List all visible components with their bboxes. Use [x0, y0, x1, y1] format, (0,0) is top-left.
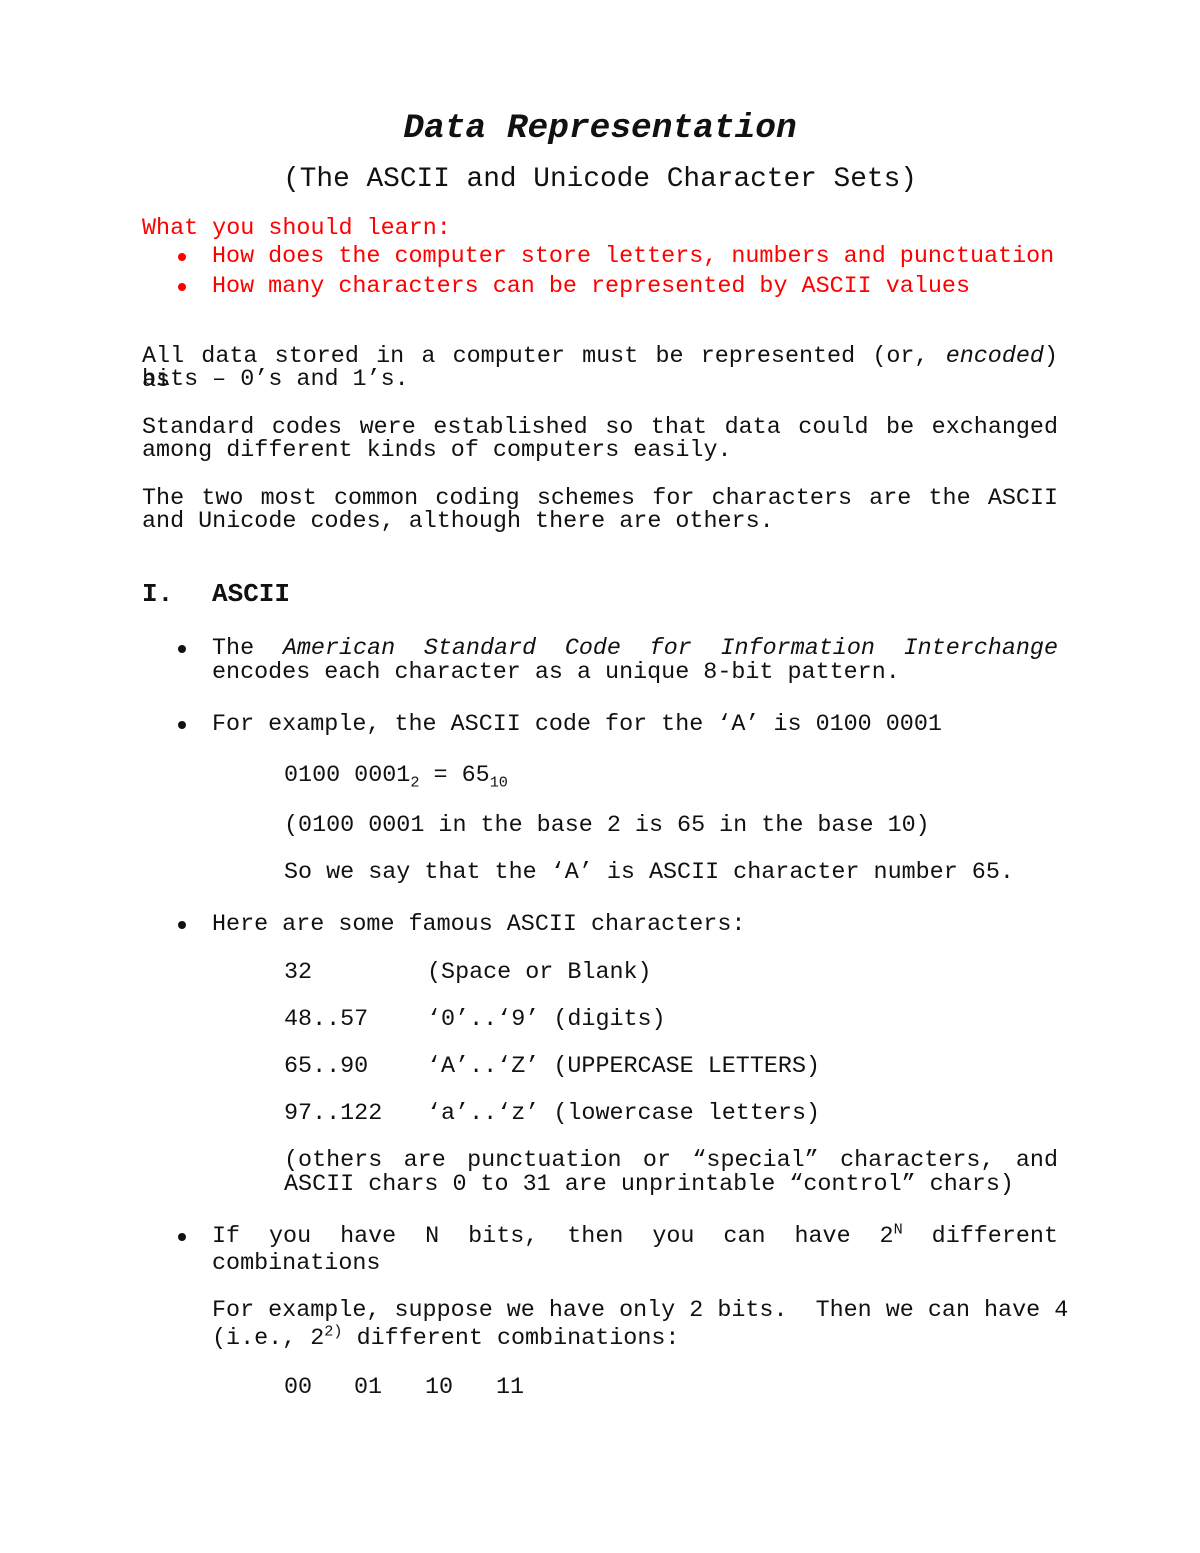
emphasis: American Standard Code for Information I… [283, 636, 1058, 662]
bullet-icon [178, 921, 186, 929]
combination-value: 11 [496, 1376, 524, 1400]
objectives-label: What you should learn: [142, 217, 451, 241]
bullet-icon [178, 253, 186, 261]
ascii-table-code: 32 [284, 961, 312, 985]
ascii-table-desc: ‘a’..‘z’ (lowercase letters) [427, 1102, 820, 1126]
page-subtitle: (The ASCII and Unicode Character Sets) [0, 165, 1200, 195]
objective-item: How does the computer store letters, num… [212, 245, 1054, 269]
combinations-rule-line-1: If you have N bits, then you can have 2N… [212, 1225, 1058, 1249]
bullet-icon [178, 1233, 186, 1241]
ascii-note-line-1: (others are punctuation or “special” cha… [284, 1149, 1058, 1173]
ascii-table-code: 65..90 [284, 1055, 368, 1079]
combinations-example-line-2: (i.e., 22) different combinations: [212, 1327, 679, 1351]
section-number: I. [142, 580, 173, 608]
objective-item: How many characters can be represented b… [212, 275, 970, 299]
ascii-note-line-2: ASCII chars 0 to 31 are unprintable “con… [284, 1173, 1014, 1197]
ascii-table-desc: ‘A’..‘Z’ (UPPERCASE LETTERS) [427, 1055, 820, 1079]
emphasis: encoded [946, 344, 1044, 370]
conversion-conclusion: So we say that the ‘A’ is ASCII characte… [284, 861, 1014, 885]
ascii-definition-line-1: The American Standard Code for Informati… [212, 637, 1058, 661]
conversion-equation: 0100 00012 = 6510 [284, 764, 508, 788]
combination-value: 00 [284, 1376, 312, 1400]
ascii-table-desc: (Space or Blank) [427, 961, 652, 985]
ascii-example-text: For example, the ASCII code for the ‘A’ … [212, 713, 942, 737]
famous-chars-intro: Here are some famous ASCII characters: [212, 913, 745, 937]
combinations-rule-line-2: combinations [212, 1252, 380, 1276]
bullet-icon [178, 721, 186, 729]
ascii-table-code: 48..57 [284, 1008, 368, 1032]
combination-value: 01 [354, 1376, 382, 1400]
bullet-icon [178, 283, 186, 291]
page-title: Data Representation [0, 110, 1200, 148]
combinations-example-line-1: For example, suppose we have only 2 bits… [212, 1299, 1068, 1323]
ascii-table-desc: ‘0’..‘9’ (digits) [427, 1008, 666, 1032]
combination-value: 10 [425, 1376, 453, 1400]
bullet-icon [178, 645, 186, 653]
intro-paragraph-3-line-1: The two most common coding schemes for c… [142, 487, 1058, 511]
intro-paragraph-3-line-2: and Unicode codes, although there are ot… [142, 510, 774, 534]
conversion-explanation: (0100 0001 in the base 2 is 65 in the ba… [284, 814, 930, 838]
intro-paragraph-2-line-2: among different kinds of computers easil… [142, 439, 732, 463]
ascii-definition-line-2: encodes each character as a unique 8-bit… [212, 661, 900, 685]
intro-paragraph-1-line-2: bits – 0’s and 1’s. [142, 368, 409, 392]
intro-paragraph-2-line-1: Standard codes were established so that … [142, 416, 1058, 440]
section-heading: ASCII [212, 580, 290, 608]
ascii-table-code: 97..122 [284, 1102, 382, 1126]
